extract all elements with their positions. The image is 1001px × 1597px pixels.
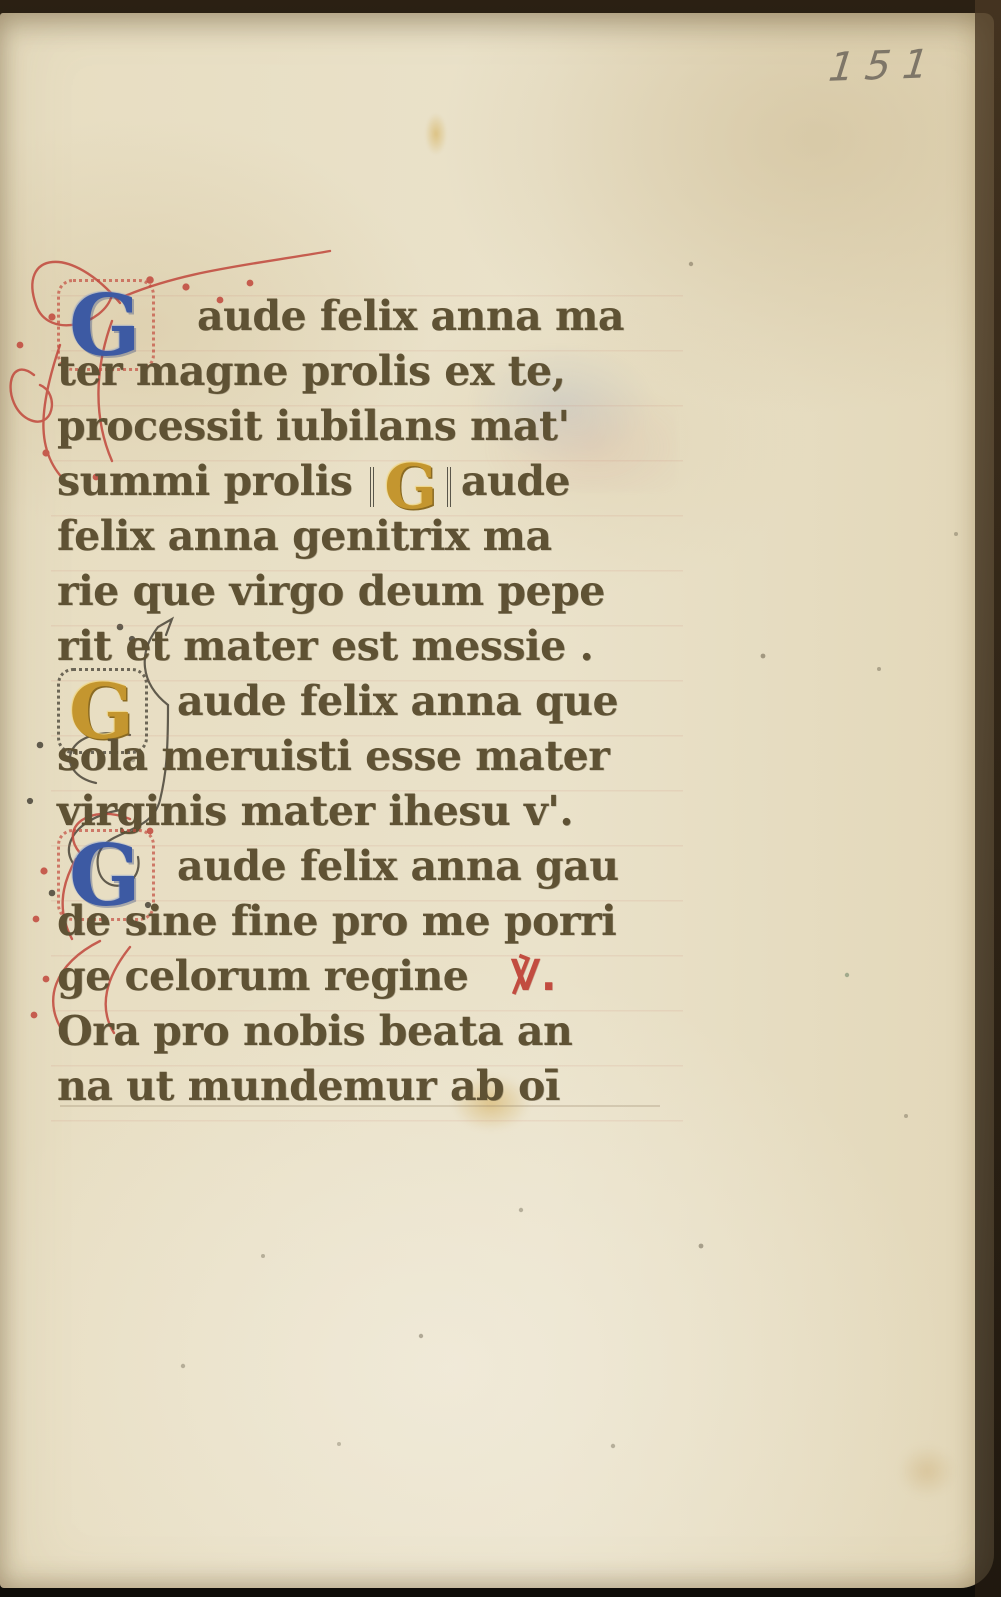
versicle-mark: ℣. [510, 952, 556, 1000]
manuscript-text-line: Gaude felix anna gau [57, 839, 673, 894]
manuscript-text-line: felix anna genitrix ma [57, 509, 673, 564]
manuscript-text-line: Ora pro nobis beata an [57, 1004, 673, 1059]
manuscript-text-line: virginis mater ihesu v'. [57, 784, 673, 839]
text-run: ter magne prolis ex te, [57, 347, 565, 395]
manuscript-text-line: Gaude felix anna ma [57, 289, 673, 344]
text-run: aude felix anna que [177, 677, 618, 725]
manuscript-text-line: na ut mundemur ab oī [57, 1059, 673, 1114]
text-run: aude [461, 457, 570, 505]
text-run: aude felix anna gau [177, 842, 619, 890]
text-run: summi prolis [57, 457, 352, 505]
manuscript-text-line: ge celorum regine℣. [57, 949, 673, 1004]
photo-backdrop: 151 [0, 0, 1001, 1597]
manuscript-text-line: Gaude felix anna que [57, 674, 673, 729]
manuscript-text-line: sola meruisti esse mater [57, 729, 673, 784]
text-run: rie que virgo deum pepe [57, 567, 605, 615]
text-run: sola meruisti esse mater [57, 732, 609, 780]
text-run: na ut mundemur ab oī [57, 1062, 560, 1110]
parchment-stain [425, 113, 447, 155]
text-run: aude felix anna ma [197, 292, 624, 340]
parchment-specks [0, 13, 2, 15]
folio-number: 151 [821, 41, 946, 91]
manuscript-text-line: rie que virgo deum pepe [57, 564, 673, 619]
parchment-stain [898, 1445, 956, 1497]
text-run: ge celorum regine [57, 952, 468, 1000]
illuminated-initial-gold-inline: G [370, 467, 450, 507]
manuscript-text-line: de sine fine pro me porri [57, 894, 673, 949]
text-run: processit iubilans mat' [57, 402, 570, 450]
text-run: Ora pro nobis beata an [57, 1007, 572, 1055]
manuscript-text-line: summi prolisGaude [57, 454, 673, 509]
text-run: de sine fine pro me porri [57, 897, 616, 945]
text-run: rit et mater est messie . [57, 622, 593, 670]
manuscript-page: 151 [0, 13, 994, 1588]
manuscript-text-line: rit et mater est messie . [57, 619, 673, 674]
text-run: felix anna genitrix ma [57, 512, 552, 560]
text-block: Gaude felix anna mater magne prolis ex t… [57, 289, 673, 1114]
manuscript-text-line: processit iubilans mat' [57, 399, 673, 454]
manuscript-text-line: ter magne prolis ex te, [57, 344, 673, 399]
